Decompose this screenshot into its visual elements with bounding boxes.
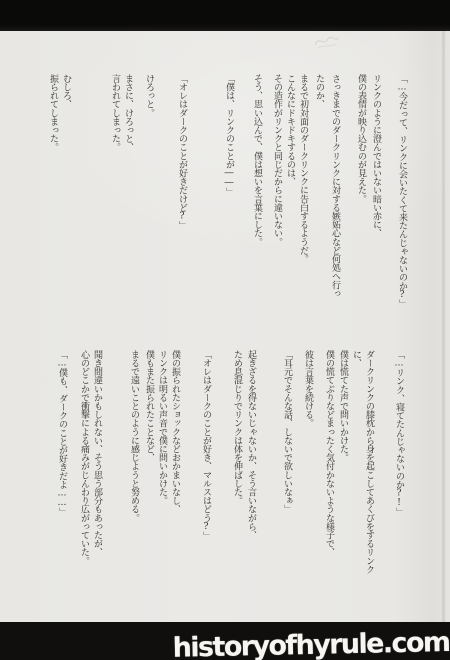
text-column: むしろ、 <box>60 74 72 308</box>
text-column: まるで初対面のダークリンクに告白するようだ。 <box>297 74 309 308</box>
text-column: リンクのように澄んではいない暗い赤に、 <box>370 74 382 308</box>
text-column: たのか、 <box>313 74 325 308</box>
page-edge-shadow <box>441 31 446 622</box>
text-column: その造作がリンクと同じだからに違いない。 <box>271 74 283 308</box>
text-column: 「…僕も、ダークのことが好きだよ……」 <box>56 350 68 574</box>
text-column: 彼は言葉を続ける。 <box>302 350 314 574</box>
text-column: 「オレはダークのことが好き、マルスはどう?」 <box>200 350 212 574</box>
text-column: 僕の表情が映り込むのが見えた。 <box>355 74 367 308</box>
scan-border-top <box>0 0 450 31</box>
text-column: 「…リンク、寝てたんじゃないのか?!」 <box>393 350 405 574</box>
text-column: 心のどこかで衝撃による痛みがじんわり広がっていた。 <box>78 350 90 574</box>
text-column: 聞き間違いかもしれない、そう思う部分もあったが、 <box>91 350 103 574</box>
text-column: 僕は慌てた声で問いかけた。 <box>337 350 349 574</box>
text-column: さっきまでのダークリンクに対する嫉妬心など何処へ行っ <box>329 74 341 308</box>
text-block-lower: 「…リンク、寝てたんじゃないのか?!」 ダークリンクの膝枕から身を起こしてあくび… <box>56 350 405 574</box>
text-column: そう、思い込んで、僕は想いを言葉にした。 <box>251 74 263 308</box>
text-block-upper: 「…今だって、リンクに会いたくて来たんじゃないのか?」 リンクのように澄んではい… <box>47 74 408 308</box>
text-column: リンクは明るい声音で僕に問いかけた。 <box>156 350 168 574</box>
text-column: 僕の慌てぶりなどまったく気付かないような様子で、 <box>323 350 335 574</box>
text-column: 僕の振られたショックなどおかまいなし、 <box>169 350 181 574</box>
text-column: 「僕は、リンクのことが――」 <box>223 74 235 308</box>
pencil-mark <box>312 30 346 52</box>
text-column: ため息混じりでリンクは体を伸ばした。 <box>231 350 243 574</box>
scanned-doujinshi-page: 「…今だって、リンクに会いたくて来たんじゃないのか?」 リンクのように澄んではい… <box>0 0 450 660</box>
watermark: historyofhyrule.com <box>173 627 450 660</box>
scan-border-bottom: historyofhyrule.com <box>0 622 450 660</box>
text-column: に、 <box>350 350 362 574</box>
text-column: まるで遠いことのように感じようと努める。 <box>128 350 140 574</box>
text-column: こんなにドキドキするのは、 <box>284 74 296 308</box>
text-column: 言われてしまった。 <box>109 74 121 308</box>
text-column: ダークリンクの膝枕から身を起こしてあくびをするリンク <box>363 350 375 574</box>
text-column: 「耳元でそんな話、しないで欲しいなぁ」 <box>281 350 293 574</box>
text-column: 僕もまた振られたことなど、 <box>143 350 155 574</box>
text-column: 振られてしまった。 <box>47 74 59 308</box>
text-column: 起きざるを得ないじゃないか、そう言いながら、 <box>245 350 257 574</box>
text-column: 「オレはダークのことが好きだけど?」 <box>176 74 188 308</box>
text-column: まさに、けろっと、 <box>122 74 134 308</box>
text-column: けろっと。 <box>143 74 155 308</box>
text-column: 「…今だって、リンクに会いたくて来たんじゃないのか?」 <box>396 74 408 308</box>
